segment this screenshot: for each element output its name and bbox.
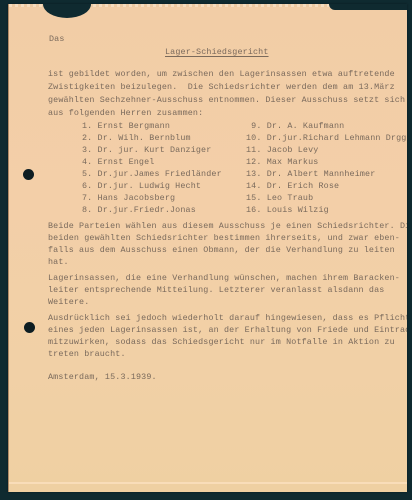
member-item: 6. Dr.jur. Ludwig Hecht: [82, 181, 201, 191]
member-item: 2. Dr. Wilh. Bernblum: [82, 133, 191, 143]
member-item: 15. Leo Traub: [246, 193, 313, 203]
document-title: Lager-Schiedsgericht: [165, 47, 269, 57]
paragraph-line: falls aus dem Ausschuss einen Obmann, de…: [48, 245, 395, 255]
paragraph-line: Beide Parteien wählen aus diesem Ausschu…: [48, 221, 407, 231]
member-item: 13. Dr. Albert Mannheimer: [246, 169, 375, 179]
member-item: 16. Louis Wilzig: [246, 205, 329, 215]
paragraph-line: Ausdrücklich sei jedoch wiederholt darau…: [48, 313, 407, 323]
member-item: 7. Hans Jacobsberg: [82, 193, 175, 203]
intro-line: Zwistigkeiten beizulegen. Die Schiedsric…: [48, 82, 395, 92]
intro-line: gewählten Sechzehner-Ausschuss entnommen…: [48, 95, 405, 105]
paragraph-line: Lagerinsassen, die eine Verhandlung wüns…: [48, 273, 400, 283]
torn-corner: [329, 4, 407, 10]
member-item: 9. Dr. A. Kaufmann: [246, 121, 344, 131]
torn-notch: [43, 4, 91, 18]
intro-line: aus folgenden Herren zusammen:: [48, 108, 203, 118]
paragraph-line: eines jeden Lagerinsassen ist, an der Er…: [48, 325, 407, 335]
paragraph-line: Weitere.: [48, 297, 89, 307]
typewritten-text: Das Lager-Schiedsgericht ist gebildet wo…: [9, 4, 30, 434]
paragraph-line: treten braucht.: [48, 349, 126, 359]
salutation: Das: [49, 34, 65, 44]
member-item: 12. Max Markus: [246, 157, 318, 167]
paragraph-line: mitzuwirken, sodass das Schiedsgericht n…: [48, 337, 395, 347]
intro-line: ist gebildet worden, um zwischen den Lag…: [48, 69, 395, 79]
member-item: 5. Dr.jur.James Friedländer: [82, 169, 222, 179]
paragraph-line: beiden gewählten Schiedsrichter bestimme…: [48, 233, 400, 243]
paragraph-line: leiter entsprechende Mitteilung. Letzter…: [48, 285, 384, 295]
member-item: 4. Ernst Engel: [82, 157, 154, 167]
member-item: 14. Dr. Erich Rose: [246, 181, 339, 191]
place-date: Amsterdam, 15.3.1939.: [48, 372, 157, 382]
member-item: 3. Dr. jur. Kurt Danziger: [82, 145, 211, 155]
paragraph-line: hat.: [48, 257, 69, 267]
document-page: Das Lager-Schiedsgericht ist gebildet wo…: [8, 4, 407, 492]
member-item: 8. Dr.jur.Friedr.Jonas: [82, 205, 196, 215]
member-item: 10. Dr.jur.Richard Lehmann Drgg-: [246, 133, 407, 143]
member-item: 1. Ernst Bergmann: [82, 121, 170, 131]
member-item: 11. Jacob Levy: [246, 145, 318, 155]
